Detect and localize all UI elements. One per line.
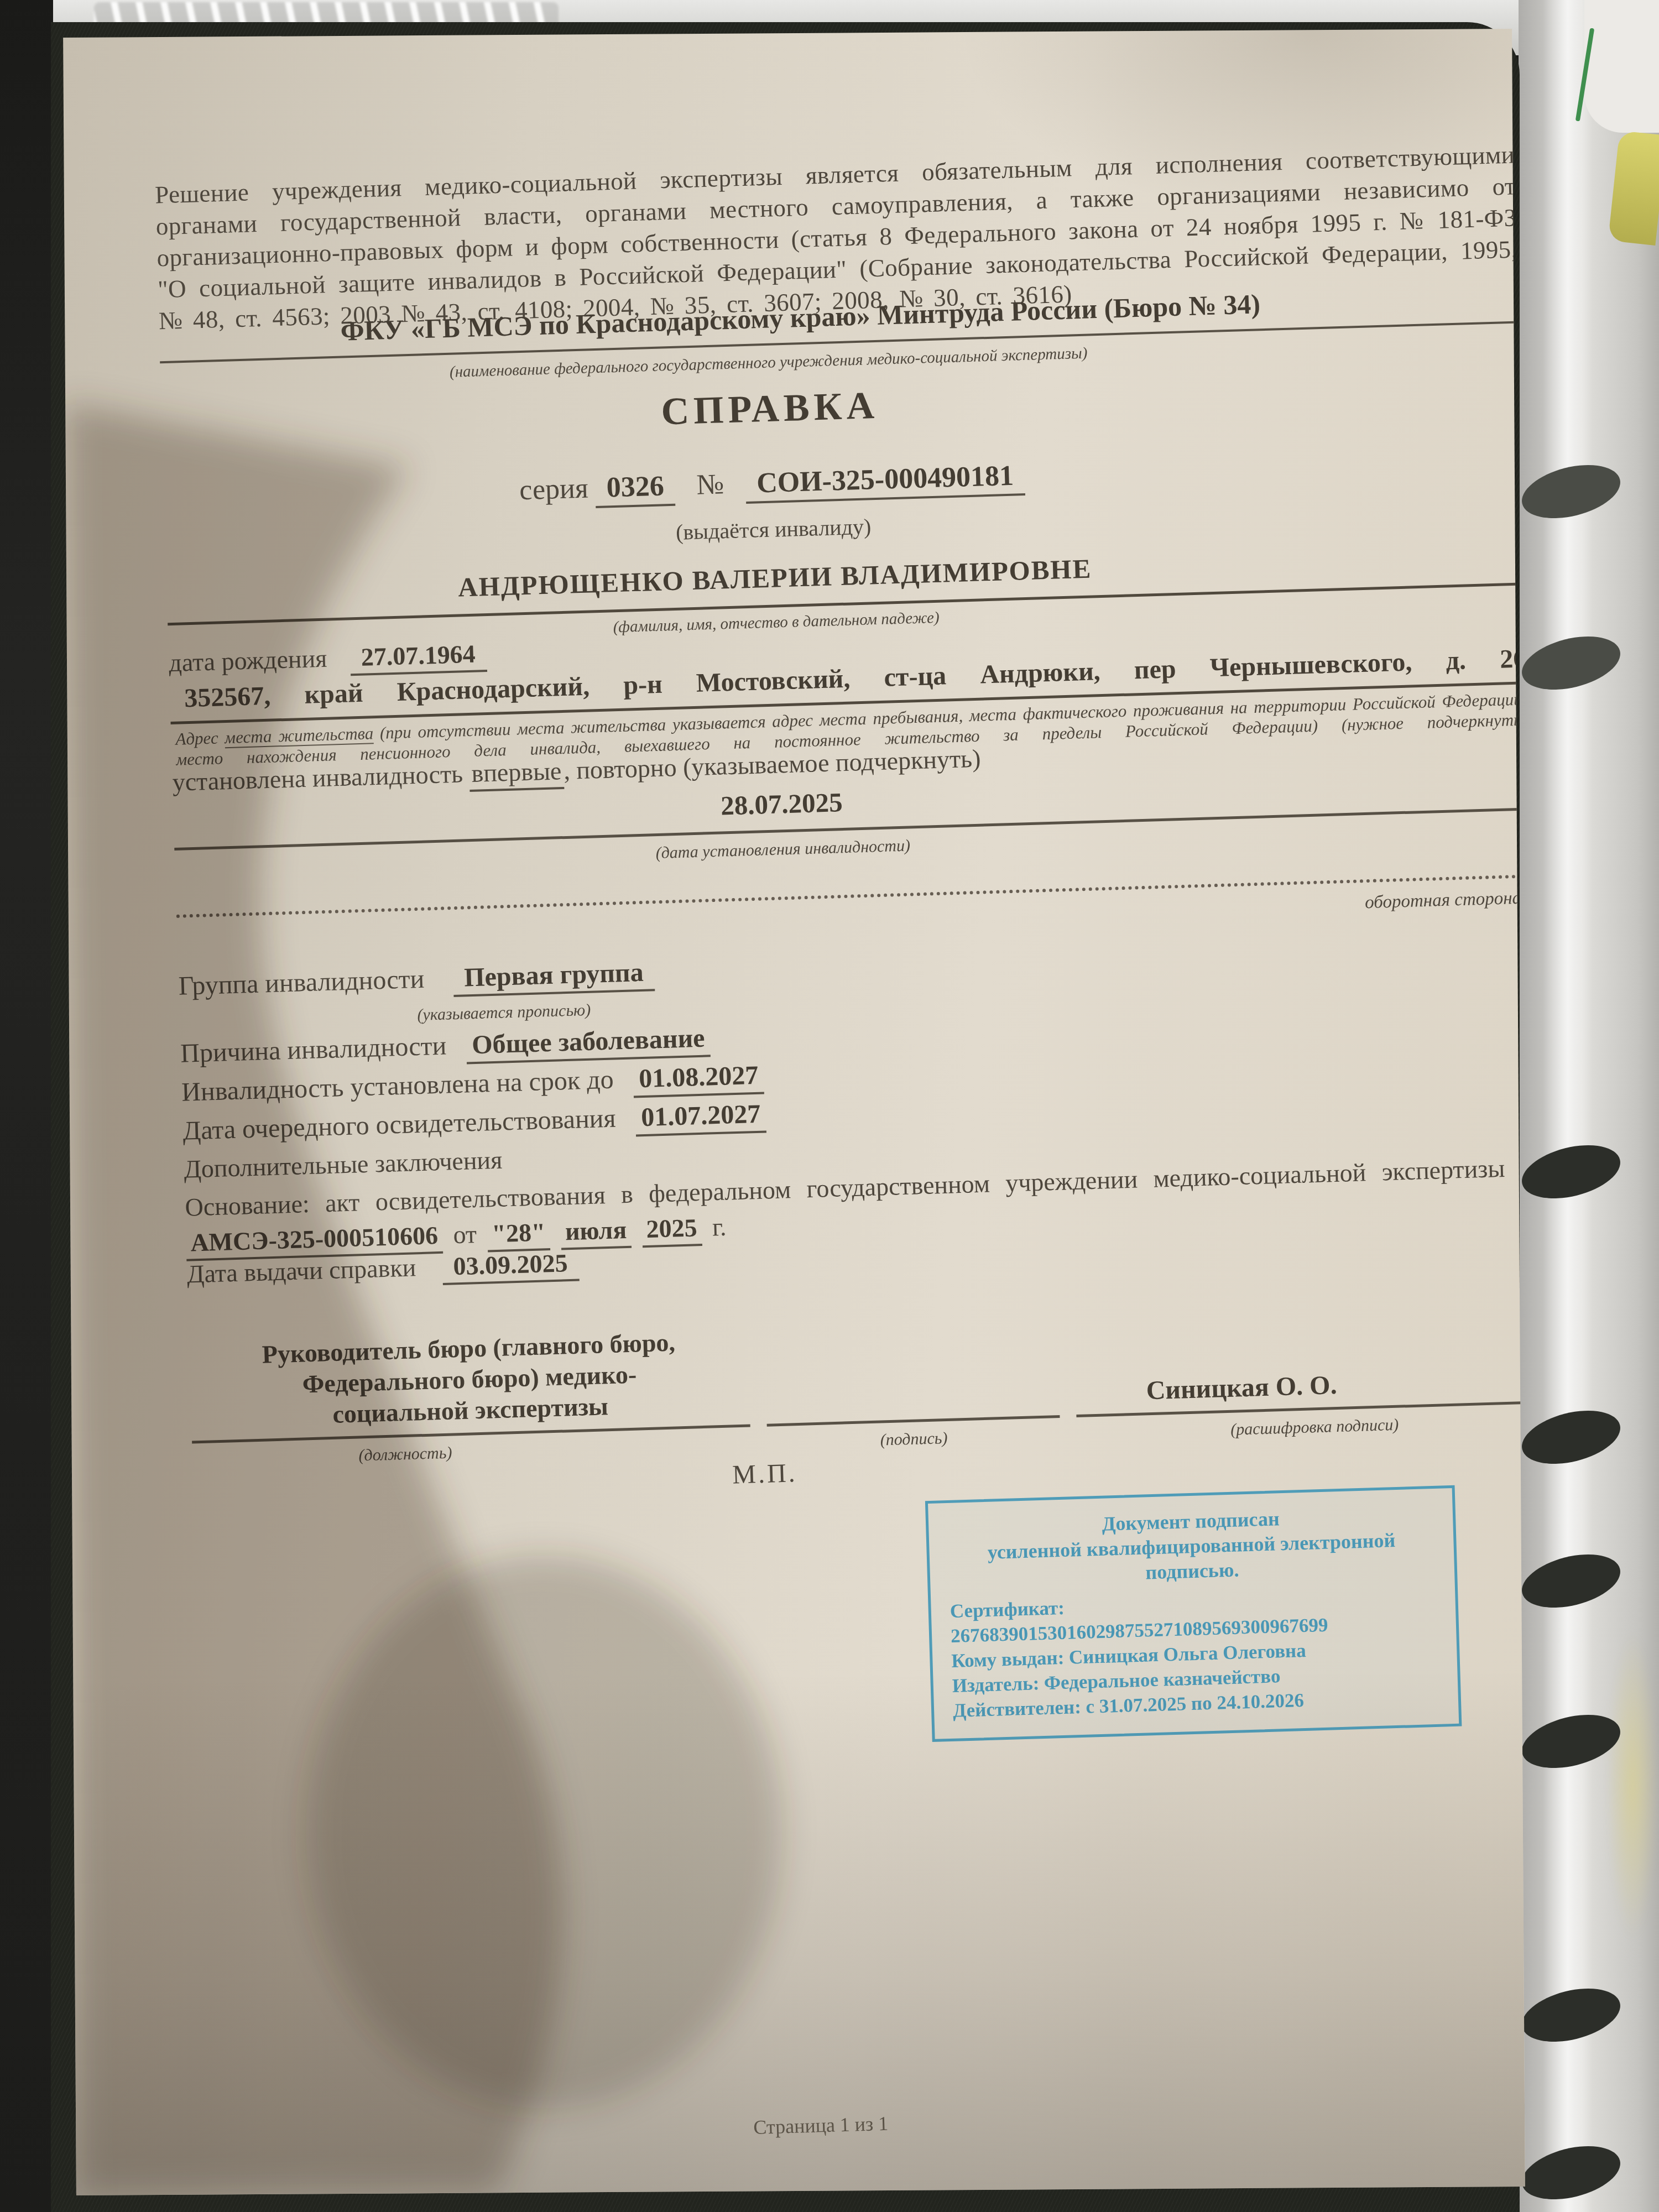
- term-label: Инвалидность установлена на срок до: [181, 1065, 614, 1107]
- cause-value: Общее заболевание: [466, 1023, 711, 1064]
- established-first-time: впервые: [469, 757, 564, 792]
- term-value: 01.08.2027: [633, 1061, 765, 1098]
- signature-block: Руководитель бюро (главного бюро, Федера…: [189, 1301, 1525, 1470]
- group-caption: (указывается прописью): [417, 1001, 591, 1025]
- basis-day: "28": [487, 1218, 551, 1252]
- shadow-left-edge: [0, 0, 53, 2212]
- next-exam-value: 01.07.2027: [635, 1099, 767, 1136]
- certificate-number: СОИ-325-000490181: [745, 460, 1025, 504]
- photo-scene: Решение учреждения медико-социальной экс…: [0, 0, 1659, 2212]
- seal-place-mark: М.П.: [732, 1458, 798, 1490]
- certificate-content: Решение учреждения медико-социальной экс…: [151, 29, 1525, 2195]
- position-column: Руководитель бюро (главного бюро, Федера…: [189, 1325, 751, 1470]
- group-label: Группа инвалидности: [178, 964, 425, 1001]
- series-value: 0326: [595, 470, 676, 508]
- stamp-heading: Документ подписан усиленной квалифициров…: [947, 1502, 1436, 1591]
- group-value: Первая группа: [452, 957, 655, 997]
- dob-label: дата рождения: [169, 644, 327, 677]
- sleeve-highlight: [1543, 0, 1593, 2212]
- issue-date-value: 03.09.2025: [442, 1249, 580, 1285]
- issue-date-label: Дата выдачи справки: [186, 1253, 416, 1288]
- sleeve-glare: [1606, 1631, 1659, 1941]
- cause-label: Причина инвалидности: [180, 1031, 447, 1068]
- series-label: серия: [519, 472, 588, 506]
- dob-value: 27.07.1964: [349, 639, 487, 676]
- basis-year: 2025: [641, 1213, 702, 1248]
- position-title: Руководитель бюро (главного бюро, Федера…: [189, 1325, 750, 1444]
- signer-name-column: Синицкая О. О. (расшифровка подписи): [1075, 1364, 1525, 1444]
- white-sheet-corner: [1584, 0, 1659, 133]
- digital-signature-stamp: Документ подписан усиленной квалифициров…: [925, 1485, 1462, 1742]
- signature-column: (подпись): [766, 1408, 1061, 1453]
- page-footer: Страница 1 из 1: [212, 2091, 1525, 2155]
- next-exam-label: Дата очередного освидетельствования: [182, 1104, 616, 1146]
- number-sign: №: [696, 468, 724, 500]
- basis-month: июля: [560, 1215, 632, 1250]
- certificate-paper: Решение учреждения медико-социальной экс…: [63, 29, 1525, 2195]
